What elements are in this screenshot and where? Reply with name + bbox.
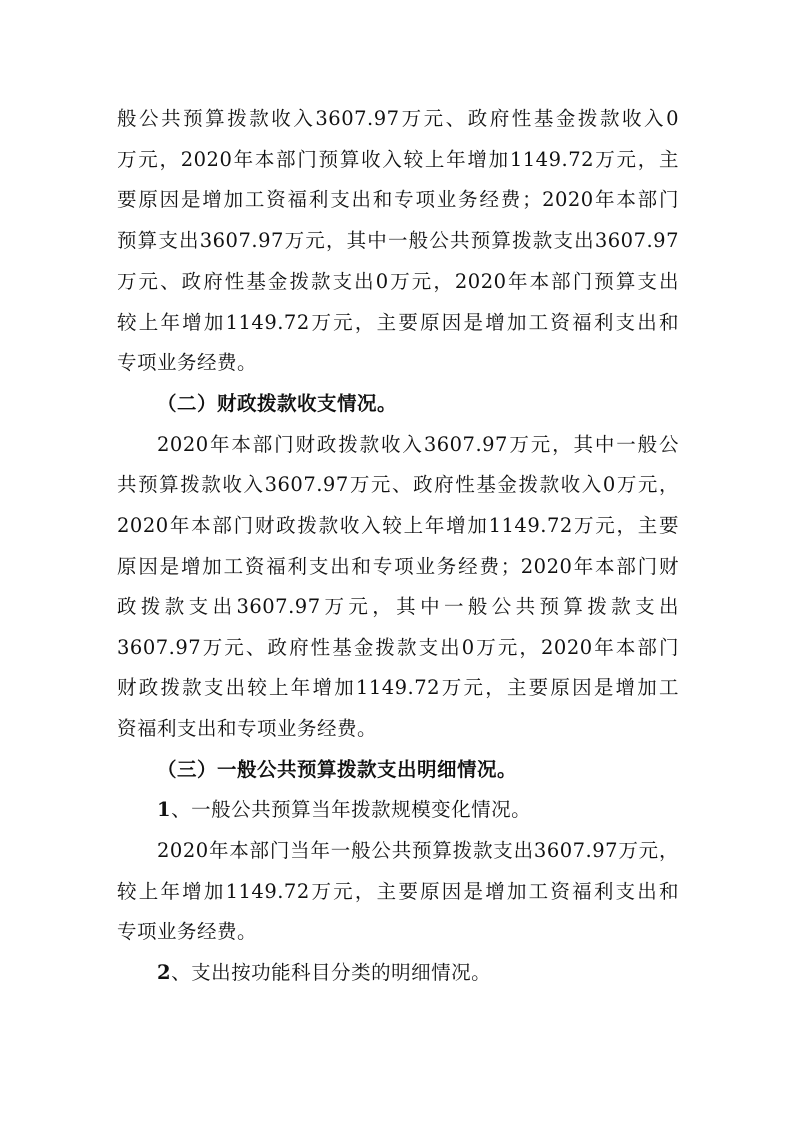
text-line: 预算支出3607.97万元，其中一般公共预算拨款支出3607.97: [117, 229, 679, 253]
text-line: 共预算拨款收入3607.97万元、政府性基金拨款收入0万元，: [117, 473, 679, 497]
text-line: 2020年本部门当年一般公共预算拨款支出3607.97万元，: [157, 839, 679, 863]
item-label: 、一般公共预算当年拨款规模变化情况。: [171, 798, 531, 821]
subheading-item-2: 2、支出按功能科目分类的明细情况。: [157, 961, 679, 985]
text-line: 专项业务经费。: [117, 351, 679, 375]
text-line: 2020年本部门财政拨款收入较上年增加1149.72万元，主要: [117, 514, 679, 538]
item-number: 1: [157, 798, 171, 821]
text-line: 2020年本部门财政拨款收入3607.97万元，其中一般公: [157, 433, 679, 457]
item-number: 2: [157, 961, 171, 984]
text-line: 般公共预算拨款收入3607.97万元、政府性基金拨款收入0: [117, 107, 679, 131]
text-line: 3607.97万元、政府性基金拨款支出0万元，2020年本部门: [117, 636, 679, 660]
text-line: 较上年增加1149.72万元，主要原因是增加工资福利支出和: [117, 880, 679, 904]
text-line: 万元，2020年本部门预算收入较上年增加1149.72万元，主: [117, 148, 679, 172]
text-line: 专项业务经费。: [117, 920, 679, 944]
document-page: 般公共预算拨款收入3607.97万元、政府性基金拨款收入0 万元，2020年本部…: [0, 0, 793, 1122]
text-line: 财政拨款支出较上年增加1149.72万元，主要原因是增加工: [117, 676, 679, 700]
section-heading-fiscal-appropriation: （二）财政拨款收支情况。: [157, 392, 679, 416]
text-line: 要原因是增加工资福利支出和专项业务经费；2020年本部门: [117, 188, 679, 212]
text-line: 原因是增加工资福利支出和专项业务经费；2020年本部门财: [117, 555, 679, 579]
text-line: 资福利支出和专项业务经费。: [117, 717, 679, 741]
text-line: 万元、政府性基金拨款支出0万元，2020年本部门预算支出: [117, 270, 679, 294]
item-label: 、支出按功能科目分类的明细情况。: [171, 961, 491, 984]
text-line: 政拨款支出3607.97万元，其中一般公共预算拨款支出: [117, 595, 679, 619]
subheading-item-1: 1、一般公共预算当年拨款规模变化情况。: [157, 798, 679, 822]
text-line: 较上年增加1149.72万元，主要原因是增加工资福利支出和: [117, 311, 679, 335]
section-heading-general-budget-detail: （三）一般公共预算拨款支出明细情况。: [157, 758, 679, 782]
